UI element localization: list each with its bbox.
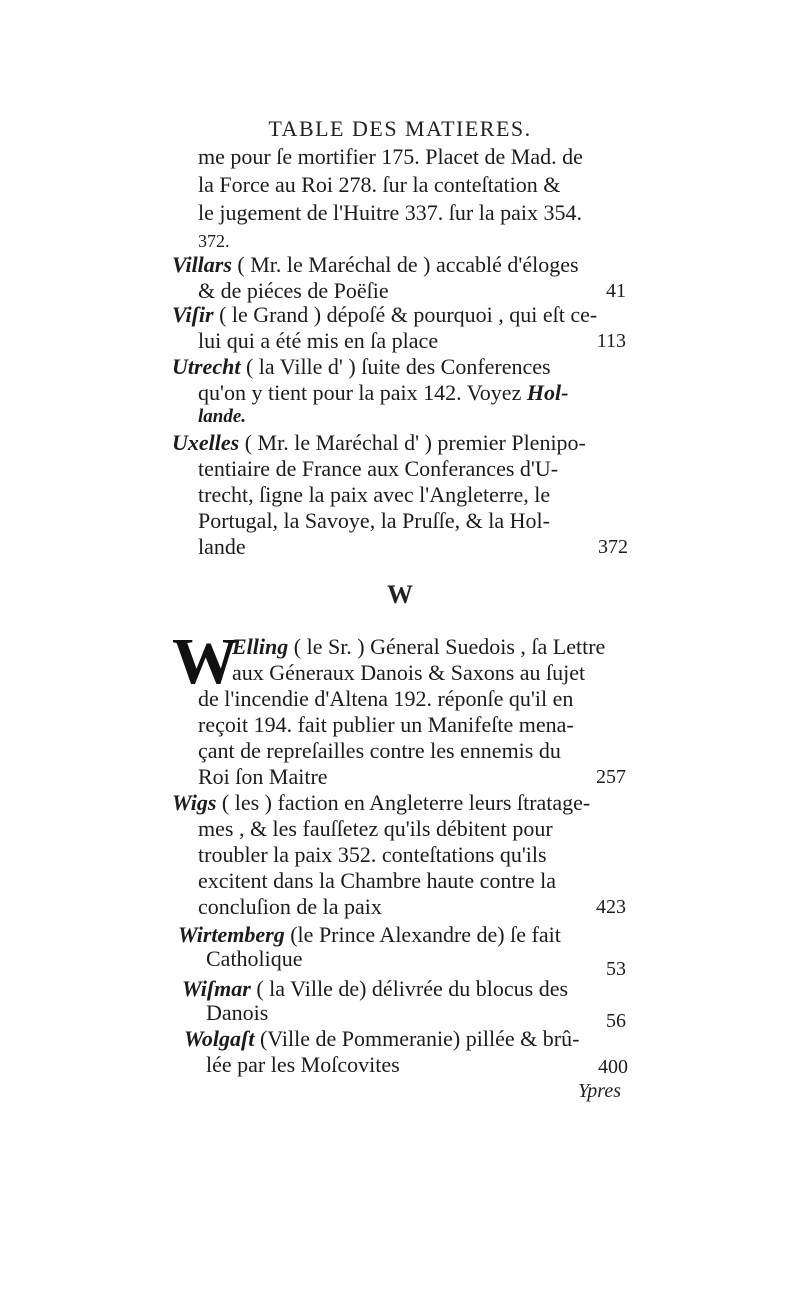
headword: Wiſmar — [182, 976, 251, 1001]
entry-text: tentiaire de France aux Conferances d'U- — [198, 456, 558, 482]
cross-reference: Hol- — [527, 380, 569, 405]
page-number: 53 — [606, 956, 626, 982]
entry-text: (Ville de Pommeranie) pillée & brû- — [260, 1026, 579, 1051]
document-page: TABLE DES MATIERES. me pour ſe mortifier… — [0, 0, 800, 1304]
page-number: 257 — [596, 764, 626, 790]
page-number: 113 — [597, 328, 626, 354]
page-number: 372 — [598, 534, 628, 560]
entry-text: concluſion de la paix — [198, 894, 382, 920]
headword: Wolgaſt — [184, 1026, 254, 1051]
entry-text: ( la Ville d' ) ſuite des Conferences — [246, 354, 551, 379]
entry-text: (le Prince Alexandre de) ſe fait — [290, 922, 561, 947]
headword: Wigs — [172, 790, 216, 815]
index-entry-visir: Viſir ( le Grand ) dépoſé & pourquoi , q… — [172, 302, 597, 328]
entry-text: ( le Sr. ) Géneral Suedois , ſa Lettre — [294, 634, 606, 659]
index-entry-wigs: Wigs ( les ) faction en Angleterre leurs… — [172, 790, 590, 816]
index-entry-wirtemberg: Wirtemberg (le Prince Alexandre de) ſe f… — [178, 922, 561, 948]
entry-text: lée par les Moſcovites — [206, 1052, 400, 1078]
page-number: 400 — [598, 1054, 628, 1080]
page-number: 423 — [596, 894, 626, 920]
index-entry-welling: Elling ( le Sr. ) Géneral Suedois , ſa L… — [232, 634, 605, 660]
entry-text: Roi ſon Maitre — [198, 764, 328, 790]
entry-text: & de piéces de Poëſie — [198, 278, 389, 304]
entry-text: lande — [198, 534, 246, 560]
drop-cap: W — [172, 632, 238, 692]
index-entry-uxelles: Uxelles ( Mr. le Maréchal d' ) premier P… — [172, 430, 586, 456]
entry-text: ( le Grand ) dépoſé & pourquoi , qui eſt… — [219, 302, 597, 327]
entry-text: ( les ) faction en Angleterre leurs ſtra… — [222, 790, 590, 815]
entry-text: qu'on y tient pour la paix 142. Voyez — [198, 380, 521, 405]
index-entry-wismar: Wiſmar ( la Ville de) délivrée du blocus… — [182, 976, 568, 1002]
entry-text: ( la Ville de) délivrée du blocus des — [256, 976, 568, 1001]
section-letter: W — [0, 580, 800, 610]
page-number: 56 — [606, 1008, 626, 1034]
headword: Villars — [172, 252, 232, 277]
continuation-line: 372. — [198, 228, 230, 254]
headword: Utrecht — [172, 354, 240, 379]
entry-text: excitent dans la Chambre haute contre la — [198, 868, 556, 894]
continuation-line: me pour ſe mortifier 175. Placet de Mad.… — [198, 144, 583, 170]
entry-text: reçoit 194. fait publier un Manifeſte me… — [198, 712, 574, 738]
entry-text: mes , & les fauſſetez qu'ils débitent po… — [198, 816, 553, 842]
continuation-line: la Force au Roi 278. ſur la conteſtation… — [198, 172, 560, 198]
continuation-line: le jugement de l'Huitre 337. ſur la paix… — [198, 200, 582, 226]
cross-reference: lande. — [198, 404, 246, 430]
page-header: TABLE DES MATIERES. — [0, 116, 800, 142]
index-entry-utrecht-cont: qu'on y tient pour la paix 142. Voyez Ho… — [198, 380, 568, 406]
headword: Uxelles — [172, 430, 239, 455]
entry-text: Portugal, la Savoye, la Pruſſe, & la Hol… — [198, 508, 550, 534]
index-entry-utrecht: Utrecht ( la Ville d' ) ſuite des Confer… — [172, 354, 551, 380]
entry-text: ( Mr. le Maréchal d' ) premier Plenipo- — [245, 430, 586, 455]
entry-text: aux Géneraux Danois & Saxons au ſujet — [232, 660, 585, 686]
entry-text: trecht, ſigne la paix avec l'Angleterre,… — [198, 482, 550, 508]
headword: Viſir — [172, 302, 214, 327]
entry-text: troubler la paix 352. conteſtations qu'i… — [198, 842, 547, 868]
entry-text: de l'incendie d'Altena 192. réponſe qu'i… — [198, 686, 573, 712]
index-entry-wolgast: Wolgaſt (Ville de Pommeranie) pillée & b… — [184, 1026, 579, 1052]
entry-text: Danois — [206, 1000, 268, 1026]
entry-text: Catholique — [206, 946, 303, 972]
entry-text: lui qui a été mis en ſa place — [198, 328, 438, 354]
catchword: Ypres — [578, 1080, 621, 1103]
page-number: 41 — [606, 278, 626, 304]
entry-text: çant de repreſailles contre les ennemis … — [198, 738, 561, 764]
headword: Wirtemberg — [178, 922, 285, 947]
headword: Elling — [232, 634, 288, 659]
index-entry-villars: Villars ( Mr. le Maréchal de ) accablé d… — [172, 252, 579, 278]
entry-text: ( Mr. le Maréchal de ) accablé d'éloges — [237, 252, 578, 277]
